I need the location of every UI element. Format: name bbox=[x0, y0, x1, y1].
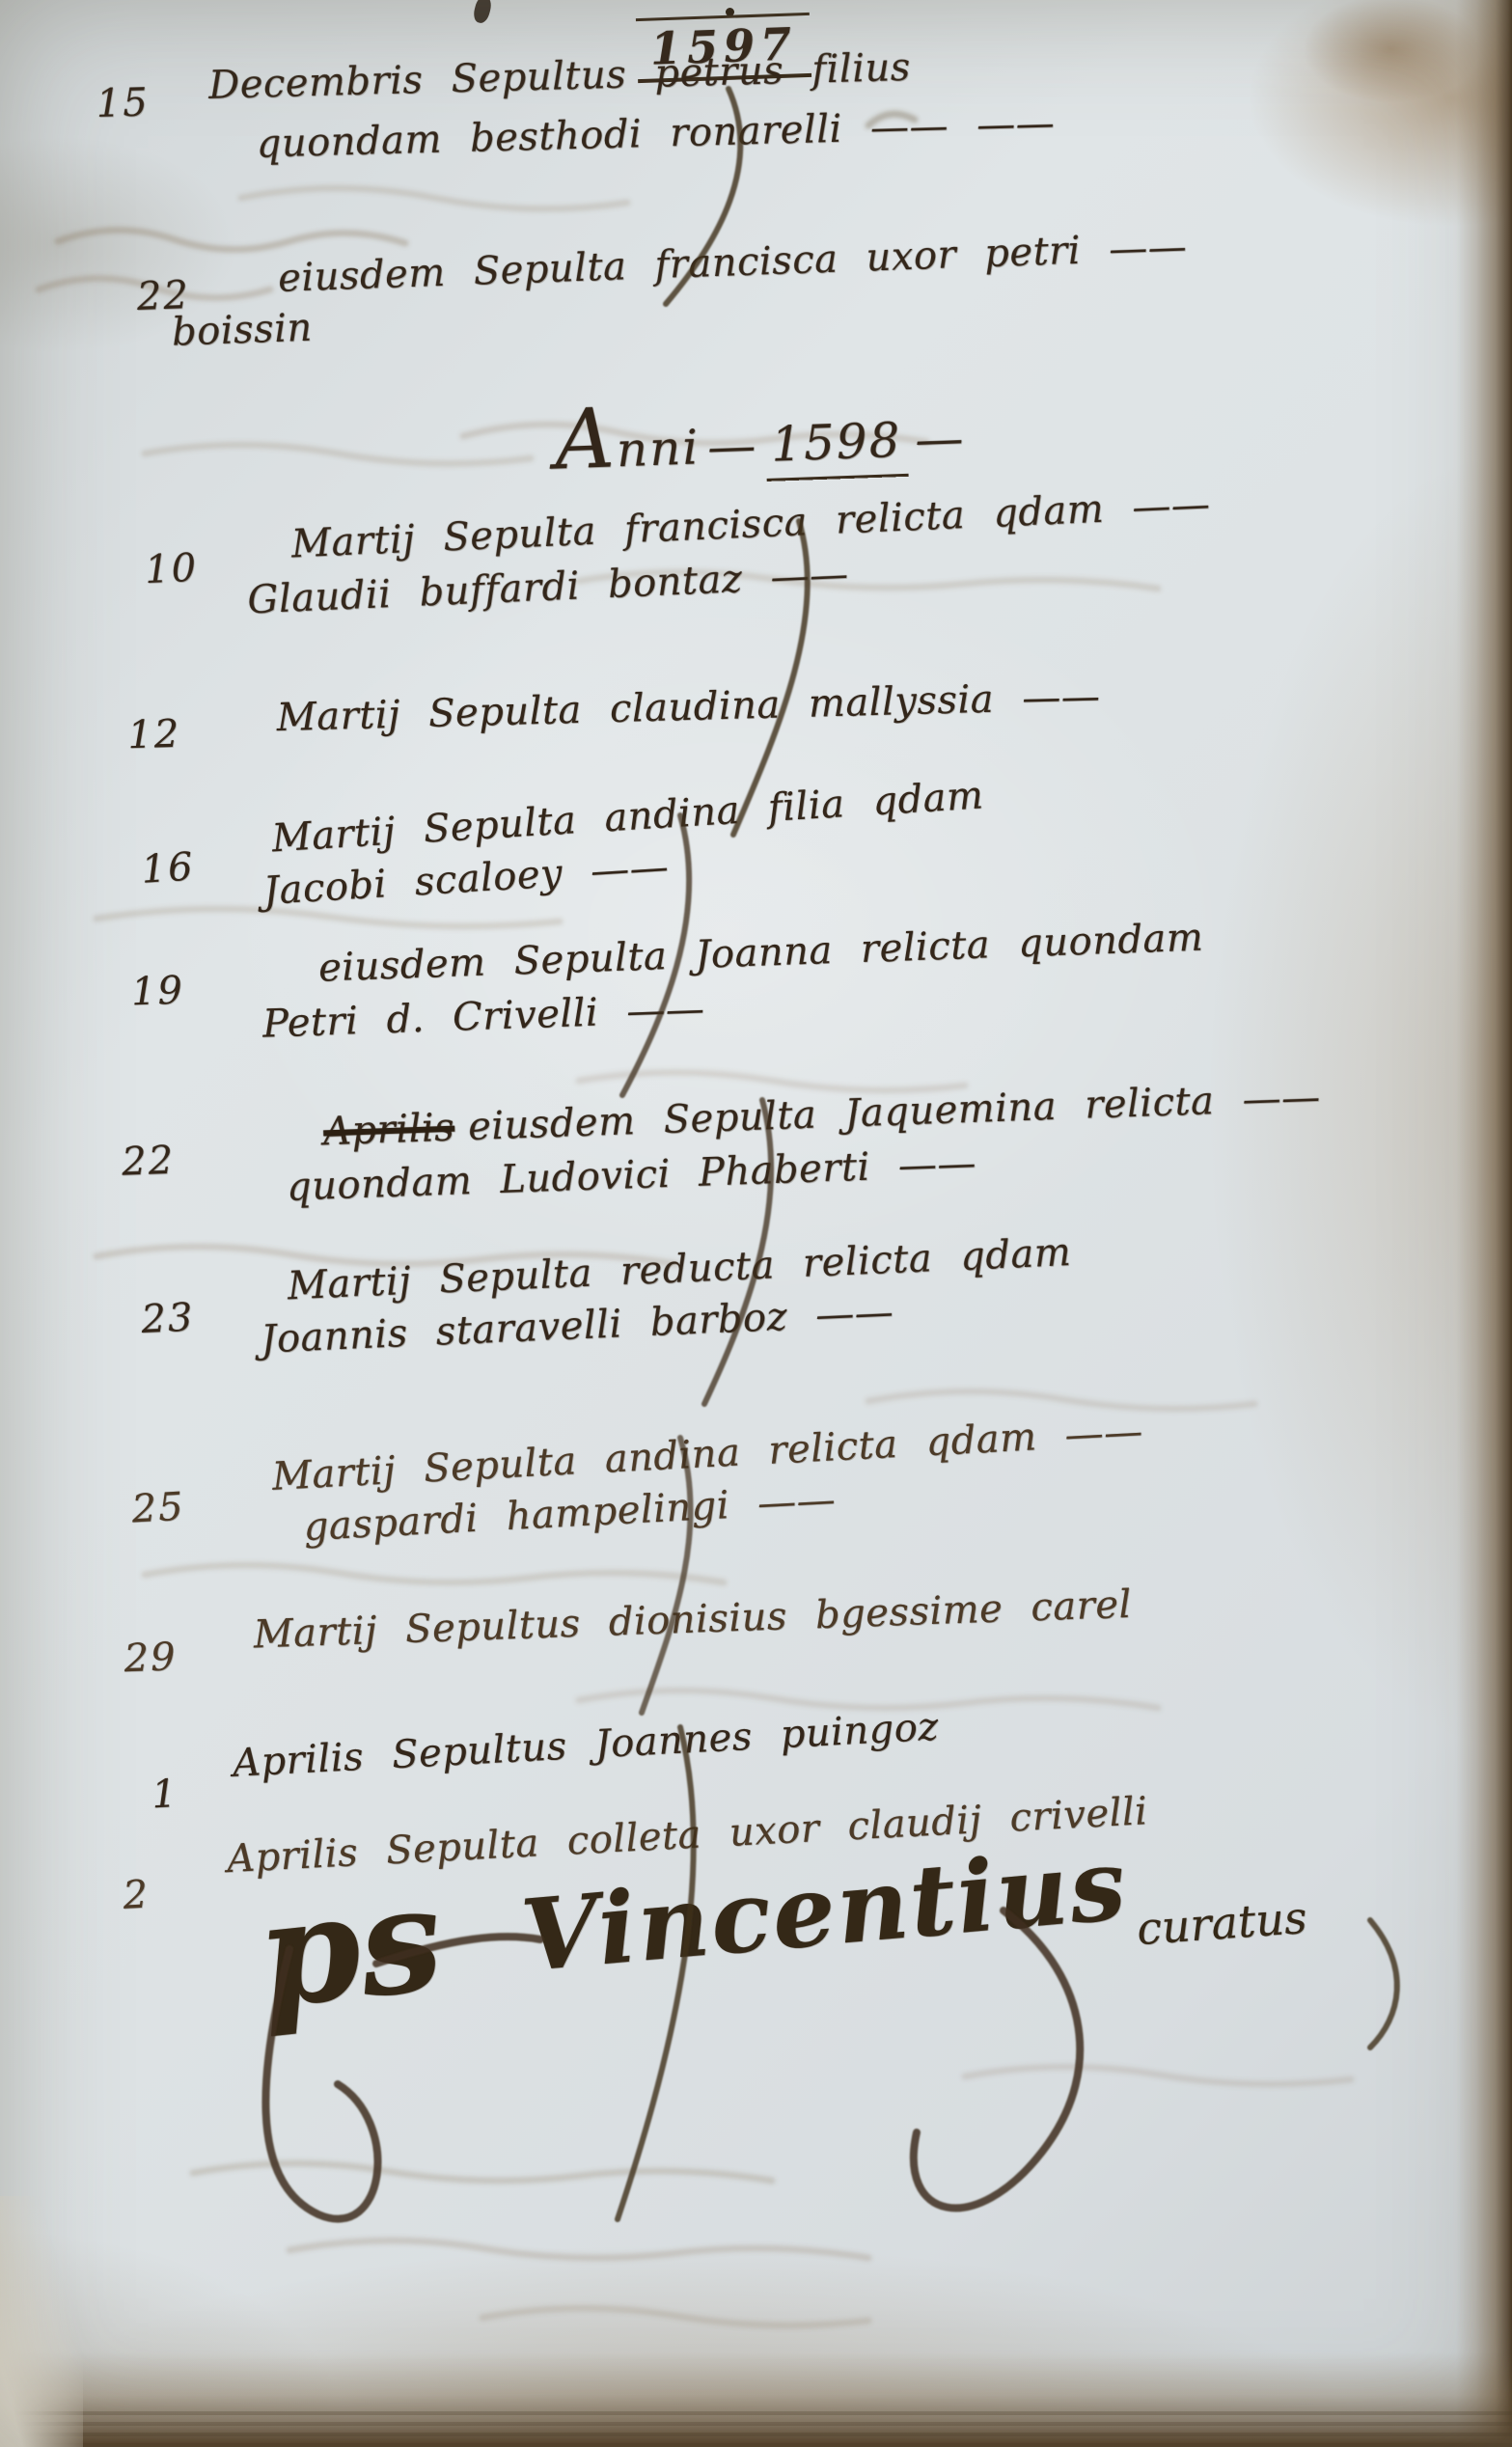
entry-day: 1 bbox=[151, 1772, 179, 1817]
entry-day: 29 bbox=[124, 1635, 178, 1681]
entry-22-decembris: 22 eiusdem Sepulta francisca uxor petri … bbox=[136, 225, 1190, 356]
entry-day: 15 bbox=[96, 81, 150, 126]
entry-23-martij: 23 Martij Sepulta reducta relicta qdam J… bbox=[139, 1230, 1074, 1367]
entry-day: 25 bbox=[130, 1485, 185, 1532]
entry-1-aprilis: 1 Aprilis Sepultus Joannes puingoz bbox=[150, 1705, 942, 1818]
entry-15-decembris: 15 Decembris Sepultus petrus filius quon… bbox=[96, 41, 1056, 171]
entry-29-martij: 29 Martij Sepultus dionisius bgessime ca… bbox=[123, 1582, 1133, 1681]
entry-day: 2 bbox=[122, 1872, 151, 1917]
entry-line: Decembris Sepultus petrus filius bbox=[208, 41, 1054, 108]
entry-day: 19 bbox=[130, 969, 184, 1015]
year-1598: 1598 bbox=[764, 412, 908, 481]
entry-line: Martij Sepultus dionisius bgessime carel bbox=[253, 1582, 1133, 1658]
entry-line: quondam besthodi ronarelli —— —— bbox=[256, 101, 1055, 167]
entry-19-martij: 19 eiusdem Sepulta Joanna relicta quonda… bbox=[130, 916, 1206, 1052]
dash: — bbox=[906, 409, 974, 467]
entry-day: 12 bbox=[127, 712, 181, 757]
ink-blot bbox=[472, 0, 493, 25]
signature-title: curatus bbox=[1135, 1891, 1308, 1955]
entry-day: 16 bbox=[140, 844, 196, 892]
entry-line: Aprilis Sepultus Joannes puingoz bbox=[232, 1705, 940, 1786]
paper-fold bbox=[0, 2196, 83, 2447]
signature-monogram: ps bbox=[250, 1854, 450, 2042]
entry-22-martij: 22 Apriliseiusdem Sepulta Jaquemina reli… bbox=[121, 1075, 1324, 1215]
entry-25-martij: 25 Martij Sepulta andina relicta qdam ——… bbox=[129, 1410, 1146, 1559]
entry-day: 10 bbox=[144, 546, 199, 592]
manuscript-screenshot: 1597 Anni—1598— 15 Decembris Sepultus pe… bbox=[0, 0, 1512, 2447]
entry-10-martij: 10 Martij Sepulta francisca relicta qdam… bbox=[143, 482, 1213, 627]
entry-line: Martij Sepulta claudina mallyssia —— bbox=[276, 674, 1101, 740]
bleedthrough-marks bbox=[0, 0, 1512, 2447]
page-bottom-edge bbox=[0, 2352, 1512, 2447]
entry-day: 22 bbox=[121, 1139, 175, 1185]
struck-word: Aprilis bbox=[322, 1106, 455, 1155]
ink-flourishes bbox=[0, 0, 1512, 2447]
manuscript-page: 1597 Anni—1598— 15 Decembris Sepultus pe… bbox=[0, 0, 1512, 2447]
page-binding-edge bbox=[1456, 0, 1512, 2447]
entry-day: 23 bbox=[140, 1296, 195, 1342]
entry-12-martij: 12 Martij Sepulta claudina mallyssia —— bbox=[126, 674, 1101, 757]
year-heading-1598: Anni—1598— bbox=[553, 378, 974, 488]
anni-word: Anni bbox=[553, 388, 701, 488]
dash: — bbox=[699, 417, 766, 475]
entry-16-martij: 16 Martij Sepulta andina filia qdam Jaco… bbox=[139, 773, 988, 921]
